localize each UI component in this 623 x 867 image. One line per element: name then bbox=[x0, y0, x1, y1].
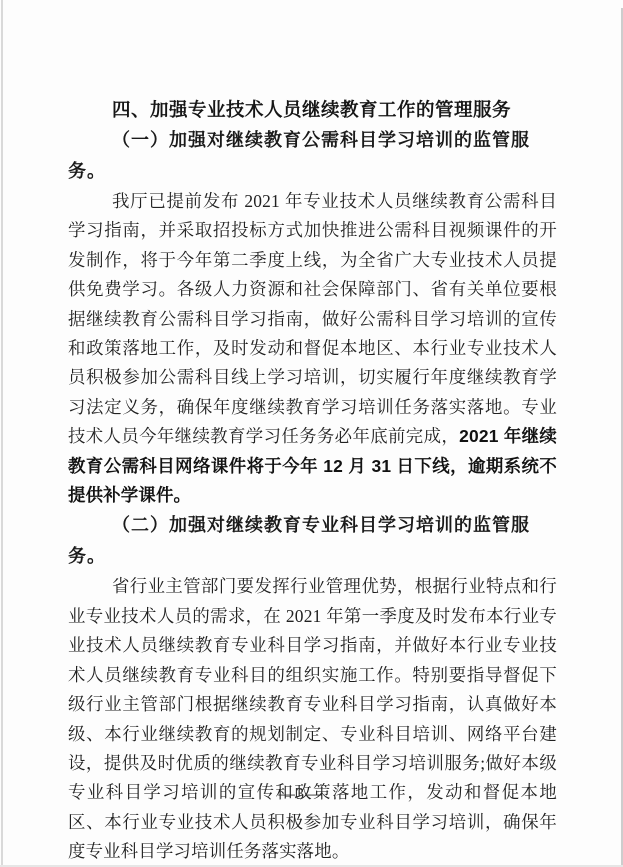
section-heading: 四、加强专业技术人员继续教育工作的管理服务 bbox=[68, 94, 557, 125]
paragraph-1-body-text: 我厅已提前发布 2021 年专业技术人员继续教育公需科目学习指南，并采取招投标方… bbox=[68, 191, 557, 446]
document-content: 四、加强专业技术人员继续教育工作的管理服务 （一）加强对继续教育公需科目学习培训… bbox=[68, 94, 557, 867]
scan-edge-left bbox=[1, 0, 3, 867]
page-number: —3— bbox=[0, 784, 601, 804]
scanned-document-page: { "doc": { "section_heading": "四、加强专业技术人… bbox=[0, 0, 623, 867]
subsection-1-heading: （一）加强对继续教育公需科目学习培训的监管服务。 bbox=[68, 125, 557, 187]
subsection-2-heading: （二）加强对继续教育专业科目学习培训的监管服务。 bbox=[68, 510, 557, 572]
paragraph-1: 我厅已提前发布 2021 年专业技术人员继续教育公需科目学习指南，并采取招投标方… bbox=[68, 187, 557, 510]
paragraph-2: 省行业主管部门要发挥行业管理优势，根据行业特点和行业专业技术人员的需求，在 20… bbox=[68, 572, 557, 866]
